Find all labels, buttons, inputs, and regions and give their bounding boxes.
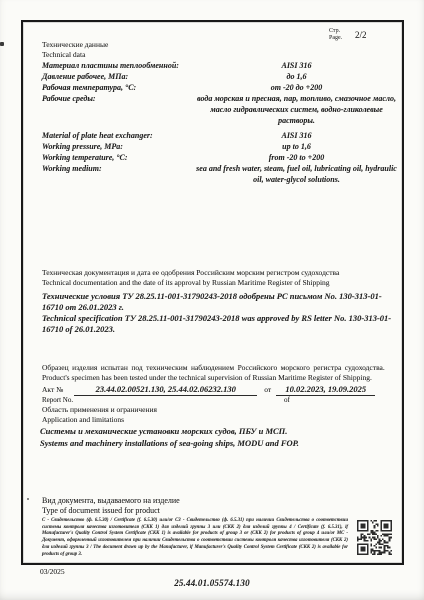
application-heading: Область применения и ограничения Applica… (42, 405, 157, 424)
report-date-label-en: of (284, 396, 290, 404)
document-type-heading-en: Type of document issued for product (42, 506, 180, 516)
specimen-text-en: Product's specimen has been tested under… (42, 373, 400, 383)
technical-data-heading: Технические данные Technical data (42, 40, 108, 59)
row-value: AISI 316 (194, 61, 399, 72)
documentation-body: Технические условия ТУ 28.25.11-001-3179… (42, 291, 400, 335)
page-number: 2/2 (355, 30, 367, 40)
technical-data-heading-ru: Технические данные (42, 40, 108, 50)
row-value: from -20 to +200 (194, 153, 399, 164)
page-label-ru: Стр. (329, 28, 342, 35)
specimen-statement: Образец изделия испытан под техническим … (42, 363, 400, 384)
document-type-heading-ru: Вид документа, выдаваемого на изделие (42, 496, 180, 506)
document-type-heading: Вид документа, выдаваемого на изделие Ty… (42, 496, 180, 515)
scanned-document-page: Стр. Page. 2/2 Технические данные Techni… (0, 0, 424, 600)
row-label: Рабочие среды: (42, 94, 194, 127)
table-row: Working pressure, MPa: up to 1,6 (42, 142, 399, 153)
report-dates-field: 10.02.2023, 19.09.2025 (276, 384, 375, 396)
row-value: до 1,6 (194, 72, 399, 83)
technical-data-heading-en: Technical data (42, 50, 108, 60)
ink-speck (0, 42, 4, 46)
report-date-label-ru: от (264, 385, 271, 394)
row-value: вода морская и пресная, пар, топливо, см… (194, 94, 399, 127)
application-text-ru: Системы и механические установки морских… (40, 425, 299, 437)
row-label: Working medium: (42, 164, 194, 186)
page-ref-label: Стр. Page. (329, 28, 342, 42)
footer-document-number: 25.44.01.05574.130 (0, 578, 424, 588)
table-row: Материал пластины теплообменной: AISI 31… (42, 61, 399, 72)
documentation-heading-ru: Техническая документация и дата ее одобр… (42, 268, 402, 278)
table-row: Working temperature, °C: from -20 to +20… (42, 153, 399, 164)
technical-data-table-ru: Материал пластины теплообменной: AISI 31… (42, 61, 399, 126)
application-text-en: Systems and machinery installations of s… (40, 437, 299, 449)
application-text: Системы и механические установки морских… (40, 425, 299, 450)
table-row: Working medium: sea and fresh water, ste… (42, 164, 399, 186)
documentation-body-ru: Технические условия ТУ 28.25.11-001-3179… (42, 291, 400, 313)
application-heading-ru: Область применения и ограничения (42, 405, 157, 415)
row-label: Давление рабочее, МПа: (42, 72, 194, 83)
qr-code (357, 520, 392, 555)
technical-data-table-en: Material of plate heat exchanger: AISI 3… (42, 131, 399, 186)
footer-date-code: 03/2025 (40, 567, 65, 576)
report-label-ru: Акт № (42, 385, 63, 394)
row-label: Working pressure, MPa: (42, 142, 194, 153)
report-number-line: Акт № 23.44.02.00521.130, 25.44.02.06232… (42, 384, 375, 396)
ink-speck (27, 498, 29, 500)
table-row: Рабочая температура, °С: от -20 до +200 (42, 83, 399, 94)
row-value: AISI 316 (194, 131, 399, 142)
row-value: sea and fresh water, steam, fuel oil, lu… (194, 164, 399, 186)
table-row: Material of plate heat exchanger: AISI 3… (42, 131, 399, 142)
page-label-en: Page. (329, 35, 342, 42)
documentation-heading: Техническая документация и дата ее одобр… (42, 268, 402, 287)
documentation-heading-en: Technical documentation and the date of … (42, 278, 402, 288)
row-value: от -20 до +200 (194, 83, 399, 94)
specimen-text-ru: Образец изделия испытан под техническим … (42, 363, 400, 373)
report-label-en: Report No. (42, 396, 73, 404)
row-value: up to 1,6 (194, 142, 399, 153)
report-numbers-field: 23.44.02.00521.130, 25.44.02.06232.130 (74, 384, 257, 396)
table-row: Давление рабочее, МПа: до 1,6 (42, 72, 399, 83)
documentation-body-en: Technical specification ТУ 28.25.11-001-… (42, 313, 400, 335)
row-label: Рабочая температура, °С: (42, 83, 194, 94)
application-heading-en: Application and limitations (42, 415, 157, 425)
row-label: Working temperature, °C: (42, 153, 194, 164)
row-label: Material of plate heat exchanger: (42, 131, 194, 142)
fine-print-text: С - Свидетельство (ф. 6.5.30) / Certific… (42, 518, 348, 558)
row-label: Материал пластины теплообменной: (42, 61, 194, 72)
table-row: Рабочие среды: вода морская и пресная, п… (42, 94, 399, 127)
